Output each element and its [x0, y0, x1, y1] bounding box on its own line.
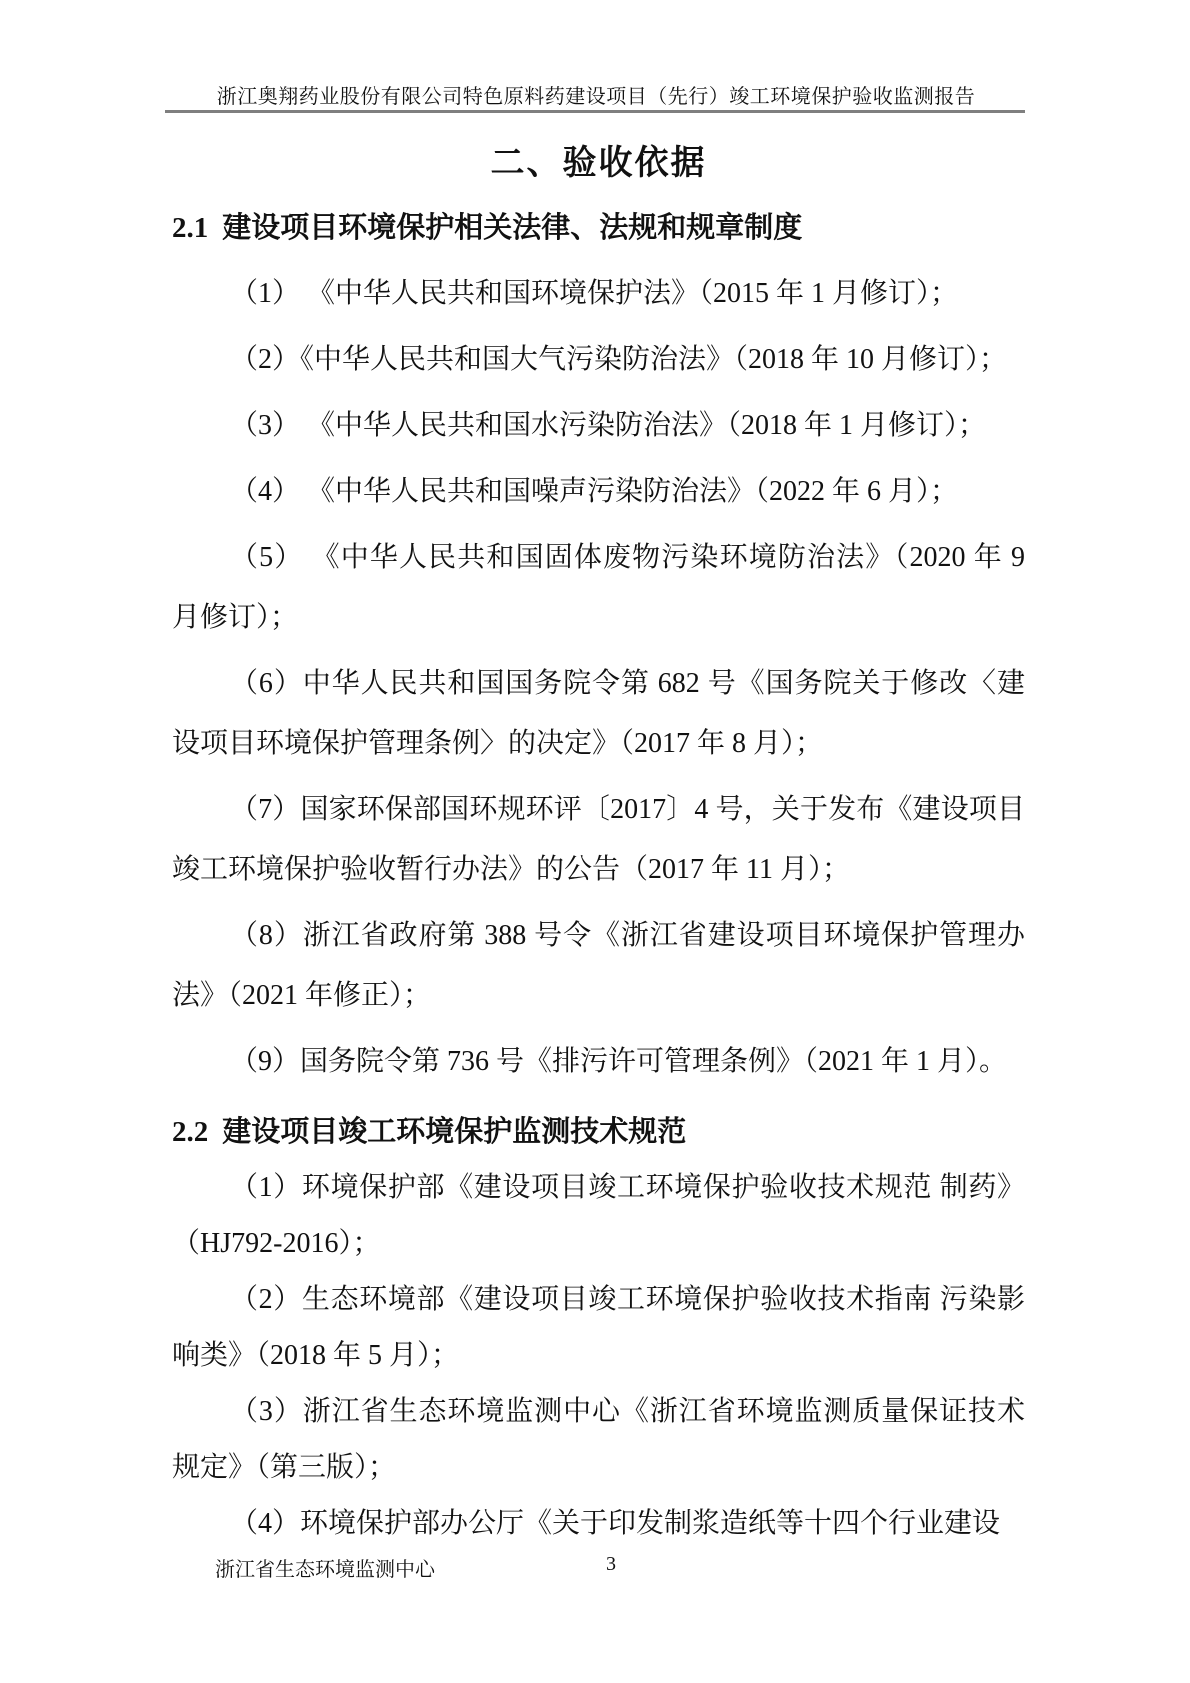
law-item-2: （2）《中华人民共和国大气污染防治法》（2018 年 10 月修订）； [172, 330, 1025, 390]
footer-organization: 浙江省生态环境监测中心 [215, 1553, 435, 1582]
spec-item-2: （2）生态环境部《建设项目竣工环境保护验收技术指南 污染影响类》（2018 年 … [172, 1272, 1025, 1384]
document-page: 浙江奥翔药业股份有限公司特色原料药建设项目（先行）竣工环境保护验收监测报告 二、… [0, 0, 1190, 1683]
law-item-8: （8）浙江省政府第 388 号令《浙江省建设项目环境保护管理办法》（2021 年… [172, 906, 1025, 1026]
law-item-1: （1） 《中华人民共和国环境保护法》（2015 年 1 月修订）； [172, 264, 1025, 324]
chapter-title: 二、验收依据 [172, 140, 1025, 188]
header-divider [165, 110, 1025, 113]
law-item-5: （5） 《中华人民共和国固体废物污染环境防治法》（2020 年 9 月修订）； [172, 528, 1025, 648]
law-item-4: （4） 《中华人民共和国噪声污染防治法》（2022 年 6 月）； [172, 462, 1025, 522]
section-2-2-heading: 2.2建设项目竣工环境保护监测技术规范 [172, 1112, 1025, 1152]
section-2-1-title: 建设项目环境保护相关法律、法规和规章制度 [222, 212, 802, 244]
law-item-9: （9）国务院令第 736 号《排污许可管理条例》（2021 年 1 月）。 [172, 1032, 1025, 1092]
section-2-1-number: 2.1 [172, 212, 208, 244]
law-item-6: （6）中华人民共和国国务院令第 682 号《国务院关于修改〈建设项目环境保护管理… [172, 654, 1025, 774]
spec-item-3: （3）浙江省生态环境监测中心《浙江省环境监测质量保证技术规定》（第三版）； [172, 1384, 1025, 1496]
document-body: 二、验收依据 2.1建设项目环境保护相关法律、法规和规章制度 （1） 《中华人民… [172, 140, 1025, 1552]
spec-item-4: （4）环境保护部办公厅《关于印发制浆造纸等十四个行业建设 [172, 1496, 1025, 1552]
law-item-7: （7）国家环保部国环规环评〔2017〕4 号，关于发布《建设项目竣工环境保护验收… [172, 780, 1025, 900]
section-2-2-title: 建设项目竣工环境保护监测技术规范 [222, 1116, 686, 1148]
law-item-3: （3） 《中华人民共和国水污染防治法》（2018 年 1 月修订）； [172, 396, 1025, 456]
section-2-2-number: 2.2 [172, 1116, 208, 1148]
spec-item-1: （1）环境保护部《建设项目竣工环境保护验收技术规范 制药》（HJ792-2016… [172, 1160, 1025, 1272]
footer-page-number: 3 [606, 1553, 616, 1576]
running-header-text: 浙江奥翔药业股份有限公司特色原料药建设项目（先行）竣工环境保护验收监测报告 [167, 80, 1025, 109]
section-2-1-heading: 2.1建设项目环境保护相关法律、法规和规章制度 [172, 208, 1025, 248]
